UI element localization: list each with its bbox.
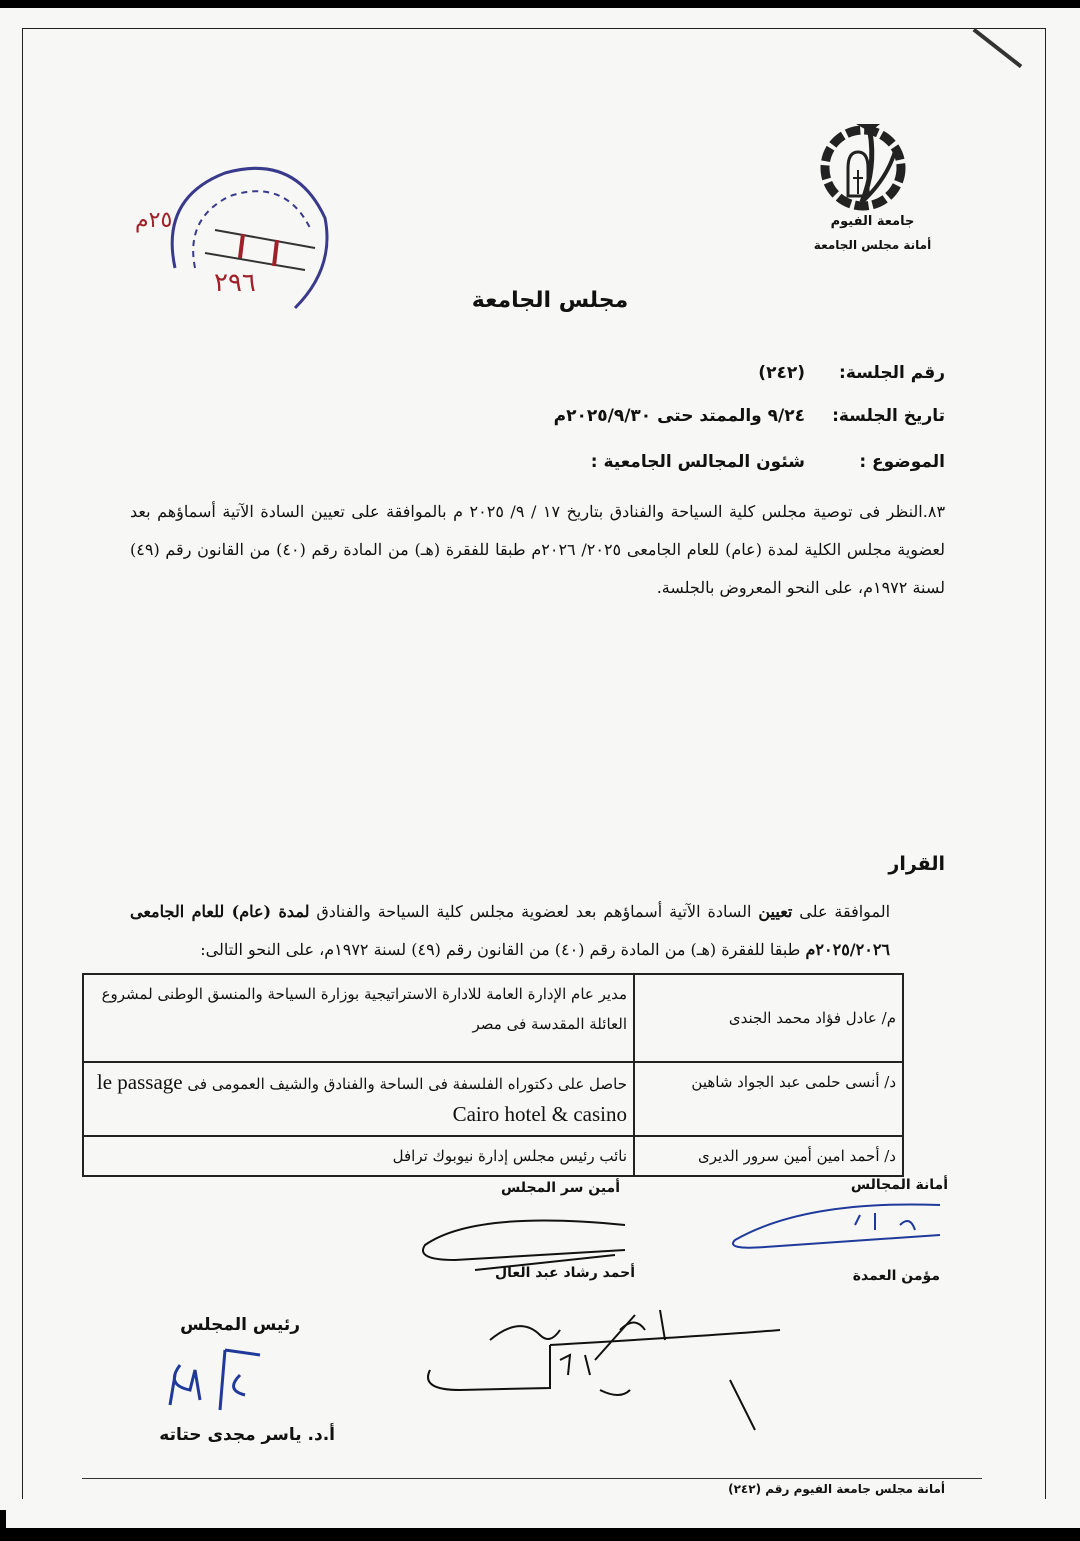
secretary-name: أحمد رشاد عبد العال bbox=[495, 1265, 635, 1281]
secretariat-signature-icon bbox=[725, 1195, 965, 1255]
footer-divider bbox=[82, 1478, 982, 1479]
footer-text: أمانة مجلس جامعة الفيوم رقم (٢٤٢) bbox=[728, 1482, 945, 1496]
session-number-label: رقم الجلسة: bbox=[805, 363, 945, 383]
member-role: حاصل على دكتوراه الفلسفة فى الساحة والفن… bbox=[83, 1062, 634, 1136]
decision-text-part2: السادة الآتية أسماؤهم بعد لعضوية مجلس كل… bbox=[309, 902, 758, 921]
session-number-row: رقم الجلسة: (٢٤٢) bbox=[125, 363, 945, 383]
secretary-label: أمين سر المجلس bbox=[501, 1180, 620, 1196]
decision-heading: القرار bbox=[888, 853, 945, 875]
scan-left-edge bbox=[0, 1510, 6, 1530]
department-name: أمانة مجلس الجامعة bbox=[790, 238, 955, 252]
decision-text-part1: الموافقة على bbox=[792, 902, 890, 921]
decision-text-part3: طبقا للفقرة (هـ) من المادة رقم (٤٠) من ا… bbox=[200, 940, 805, 959]
session-date-value: ٩/٢٤ والممتد حتى ٢٠٢٥/٩/٣٠م bbox=[125, 406, 805, 426]
university-name: جامعة الفيوم bbox=[790, 214, 955, 229]
member-name: م/ عادل فؤاد محمد الجندى bbox=[634, 974, 903, 1062]
session-date-row: تاريخ الجلسة: ٩/٢٤ والممتد حتى ٢٠٢٥/٩/٣٠… bbox=[125, 406, 945, 426]
member-name: د/ أحمد امين أمين سرور الديرى bbox=[634, 1136, 903, 1176]
member-role: مدير عام الإدارة العامة للادارة الاسترات… bbox=[83, 974, 634, 1062]
secretariat-title: مؤمن العمدة bbox=[853, 1268, 940, 1284]
handwritten-note-icon bbox=[420, 1300, 780, 1460]
subject-value: شئون المجالس الجامعية : bbox=[125, 452, 805, 472]
session-date-label: تاريخ الجلسة: bbox=[805, 406, 945, 426]
member-role: نائب رئيس مجلس إدارة نيوبوك ترافل bbox=[83, 1136, 634, 1176]
table-row: د/ أنسى حلمى عبد الجواد شاهين حاصل على د… bbox=[83, 1062, 903, 1136]
stamp-handwritten-number: ٢٩٦ bbox=[214, 268, 256, 298]
document-title: مجلس الجامعة bbox=[430, 288, 670, 313]
president-signature-icon bbox=[165, 1345, 265, 1415]
table-row: م/ عادل فؤاد محمد الجندى مدير عام الإدار… bbox=[83, 974, 903, 1062]
decision-text-bold1: تعيين bbox=[758, 902, 792, 921]
scan-bottom-edge bbox=[0, 1528, 1080, 1541]
president-name: أ.د. ياسر مجدى حتاته bbox=[159, 1425, 335, 1445]
table-row: د/ أحمد امين أمين سرور الديرى نائب رئيس … bbox=[83, 1136, 903, 1176]
agenda-item-text: ٨٣.النظر فى توصية مجلس كلية السياحة والف… bbox=[130, 493, 945, 607]
member-role-text: مدير عام الإدارة العامة للادارة الاسترات… bbox=[102, 985, 627, 1033]
secretariat-label: أمانة المجالس bbox=[851, 1177, 948, 1193]
member-role-text: حاصل على دكتوراه الفلسفة فى الساحة والفن… bbox=[187, 1075, 627, 1093]
member-role-text: نائب رئيس مجلس إدارة نيوبوك ترافل bbox=[393, 1147, 627, 1165]
member-name: د/ أنسى حلمى عبد الجواد شاهين bbox=[634, 1062, 903, 1136]
president-label: رئيس المجلس bbox=[180, 1315, 300, 1335]
stamp-handwritten-year: ٢٥م bbox=[135, 208, 172, 233]
subject-label: الموضوع : bbox=[805, 452, 945, 472]
session-number-value: (٢٤٢) bbox=[125, 363, 805, 383]
subject-row: الموضوع : شئون المجالس الجامعية : bbox=[125, 452, 945, 472]
scan-top-edge bbox=[0, 0, 1080, 8]
decision-text: الموافقة على تعيين السادة الآتية أسماؤهم… bbox=[130, 893, 890, 969]
fayoum-university-logo-icon bbox=[818, 118, 908, 213]
members-table: م/ عادل فؤاد محمد الجندى مدير عام الإدار… bbox=[82, 973, 904, 1177]
